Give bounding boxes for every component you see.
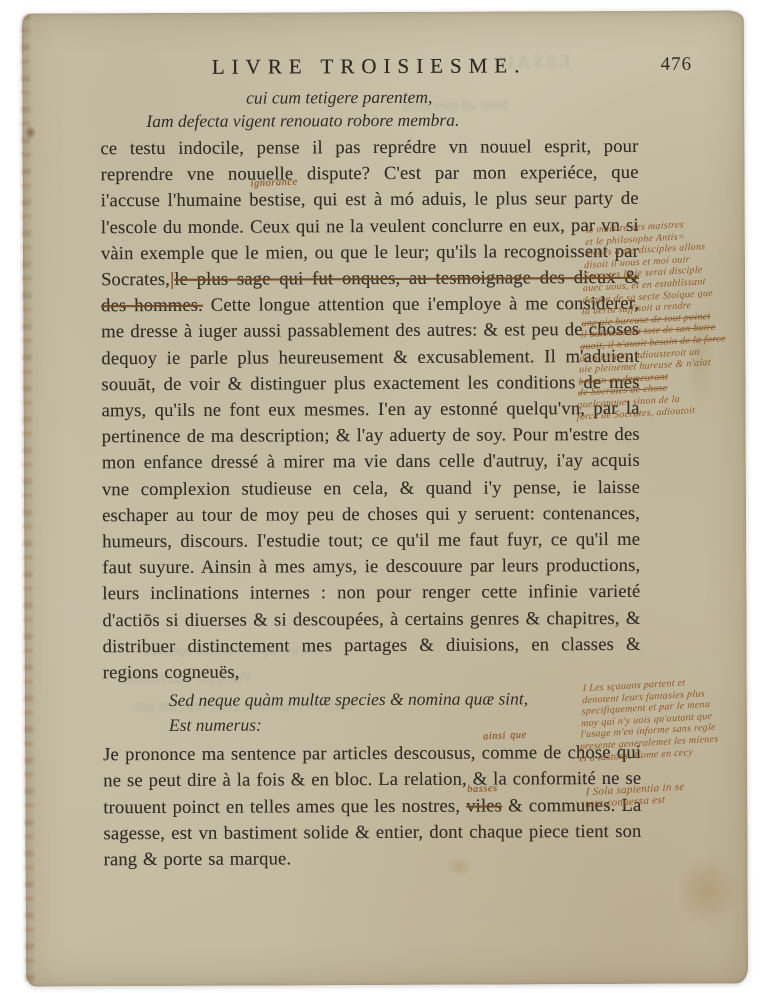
quote-line: Est numerus: xyxy=(169,711,641,738)
print-text: bestise, xyxy=(249,190,306,211)
print-text: Je prononce ma sentence par articles des… xyxy=(103,743,482,766)
book-title: LIVRE TROISIESME. xyxy=(212,53,527,78)
paragraph-2: Je prononce ma sentence par articles des… xyxy=(103,740,642,873)
page-content: LIVRE TROISIESME. 476 cui cum tetigere p… xyxy=(22,10,748,986)
quote-line: Sed neque quàm multæ species & nomina qu… xyxy=(169,686,641,713)
annotated-word: ignorancebestise, xyxy=(249,188,306,214)
print-text: Cette longue attention que i'employe à m… xyxy=(101,293,640,683)
latin-epigraph: cui cum tetigere parentem, Iam defecta v… xyxy=(100,85,638,133)
annotated-word: ainsi quecomme xyxy=(482,741,538,767)
handwritten-insertion: ainsi que xyxy=(483,731,527,743)
running-header: LIVRE TROISIESME. 476 xyxy=(100,53,638,85)
print-text: comme xyxy=(482,743,538,764)
latin-quote: Sed neque quàm multæ species & nomina qu… xyxy=(103,686,641,738)
epigraph-line: Iam defecta vigent renouato robore membr… xyxy=(100,108,638,133)
book-page: ESSAIS obcirc. npis-i-os-irea oponius Pi… xyxy=(22,10,748,986)
epigraph-line: cui cum tetigere parentem, xyxy=(100,85,638,110)
handwritten-insertion: ignorance xyxy=(250,178,297,190)
paragraph-1: ce testu indocile, pense il pas reprédre… xyxy=(100,134,640,687)
page-number: 476 xyxy=(661,54,693,76)
margin-note-scavans: I Les sçauans partent etdenotent leurs f… xyxy=(579,674,743,765)
photo-backdrop: { "colors":{"paper":"#c8bfa6","ink":"#31… xyxy=(0,0,768,993)
text-column: LIVRE TROISIESME. 476 cui cum tetigere p… xyxy=(100,53,642,874)
struck-print-text: viles xyxy=(466,795,502,816)
handwritten-insertion: basses xyxy=(467,784,498,795)
annotated-word: bassesviles xyxy=(466,793,502,819)
margin-note-antisthenes: le maistre des maistreset le philosophe … xyxy=(577,216,746,423)
